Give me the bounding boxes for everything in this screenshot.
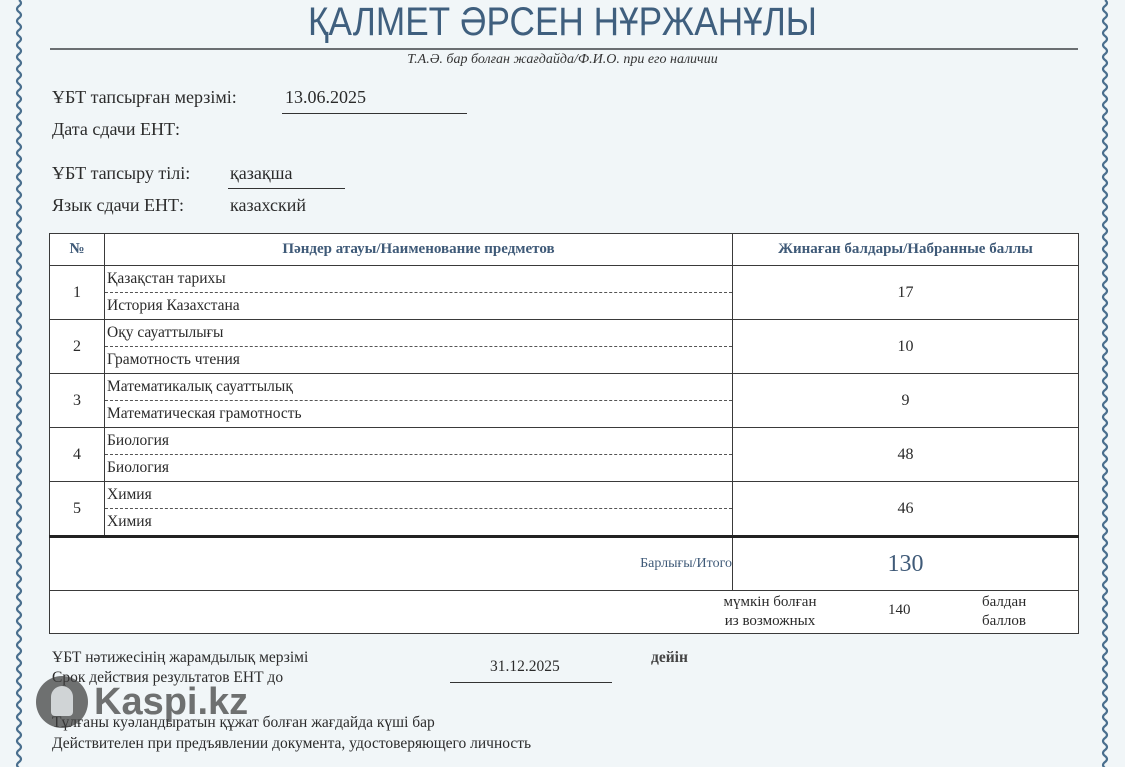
exam-language-underline bbox=[228, 188, 345, 189]
subject-name-kz: Оқу сауаттылығы bbox=[105, 320, 732, 347]
validity-suffix: дейін bbox=[651, 649, 688, 667]
row-score: 46 bbox=[733, 482, 1079, 537]
exam-language-value-kz: қазақша bbox=[230, 163, 292, 184]
subject-name-kz: Қазақстан тарихы bbox=[105, 266, 732, 293]
header-subject: Пәндер атауы/Наименование предметов bbox=[105, 234, 733, 266]
exam-language-label-ru: Язык сдачи ЕНТ: bbox=[52, 195, 184, 216]
subject-name-ru: Биология bbox=[105, 455, 732, 481]
row-subject: Химия Химия bbox=[105, 482, 733, 537]
header-number: № bbox=[50, 234, 105, 266]
row-number: 5 bbox=[50, 482, 105, 537]
subject-name-ru: История Казахстана bbox=[105, 293, 732, 319]
table-row: 3 Математикалық сауаттылық Математическа… bbox=[50, 374, 1079, 428]
exam-language-value-ru: казахский bbox=[230, 195, 306, 216]
row-score: 48 bbox=[733, 428, 1079, 482]
table-row: 1 Қазақстан тарихы История Казахстана 17 bbox=[50, 266, 1079, 320]
exam-date-label-ru: Дата сдачи ЕНТ: bbox=[52, 119, 180, 140]
row-number: 3 bbox=[50, 374, 105, 428]
exam-date-label-kz: ҰБТ тапсырған мерзімі: bbox=[52, 87, 237, 108]
row-subject: Оқу сауаттылығы Грамотность чтения bbox=[105, 320, 733, 374]
row-score: 9 bbox=[733, 374, 1079, 428]
row-number: 4 bbox=[50, 428, 105, 482]
decorative-border-left bbox=[14, 0, 24, 767]
validity-date: 31.12.2025 bbox=[490, 658, 560, 676]
exam-language-label-kz: ҰБТ тапсыру тілі: bbox=[52, 163, 190, 184]
subject-name-kz: Биология bbox=[105, 428, 732, 455]
decorative-border-right bbox=[1100, 0, 1110, 767]
subject-name-ru: Грамотность чтения bbox=[105, 347, 732, 373]
validity-label-kz: ҰБТ нәтижесінің жарамдылық мерзімі bbox=[52, 649, 308, 667]
subject-name-ru: Математическая грамотность bbox=[105, 401, 732, 427]
header-score: Жинаған балдары/Набранные баллы bbox=[733, 234, 1079, 266]
max-score-label: мүмкін болған из возможных bbox=[710, 593, 830, 631]
max-score-label-ru: из возможных bbox=[710, 612, 830, 631]
subject-name-kz: Математикалық сауаттылық bbox=[105, 374, 732, 401]
max-score-unit-kz: балдан bbox=[982, 593, 1026, 612]
row-number: 1 bbox=[50, 266, 105, 320]
total-label: Барлығы/Итого bbox=[50, 537, 733, 591]
title-divider bbox=[50, 48, 1078, 50]
row-subject: Биология Биология bbox=[105, 428, 733, 482]
name-caption: Т.А.Ә. бар болған жағдайда/Ф.И.О. при ег… bbox=[0, 52, 1125, 68]
max-score-row: мүмкін болған из возможных 140 балдан ба… bbox=[50, 591, 1079, 634]
row-number: 2 bbox=[50, 320, 105, 374]
id-note-ru: Действителен при предъявлении документа,… bbox=[52, 735, 531, 753]
kaspi-logo-icon bbox=[36, 676, 88, 728]
max-score-label-kz: мүмкін болған bbox=[710, 593, 830, 612]
table-header-row: № Пәндер атауы/Наименование предметов Жи… bbox=[50, 234, 1079, 266]
row-subject: Қазақстан тарихы История Казахстана bbox=[105, 266, 733, 320]
validity-underline bbox=[450, 682, 612, 683]
full-name-title: ҚАЛМЕТ ӘРСЕН НҰРЖАНҰЛЫ bbox=[68, 0, 1058, 44]
table-row: 4 Биология Биология 48 bbox=[50, 428, 1079, 482]
max-score-unit: балдан баллов bbox=[982, 593, 1026, 631]
exam-date-underline bbox=[282, 113, 467, 114]
row-subject: Математикалық сауаттылық Математическая … bbox=[105, 374, 733, 428]
total-row: Барлығы/Итого 130 bbox=[50, 537, 1079, 591]
max-score-value: 140 bbox=[888, 602, 911, 619]
table-row: 2 Оқу сауаттылығы Грамотность чтения 10 bbox=[50, 320, 1079, 374]
subject-name-kz: Химия bbox=[105, 482, 732, 509]
watermark-text: Kaspi.kz bbox=[94, 681, 248, 724]
row-score: 17 bbox=[733, 266, 1079, 320]
subject-name-ru: Химия bbox=[105, 509, 732, 535]
results-table: № Пәндер атауы/Наименование предметов Жи… bbox=[49, 233, 1079, 634]
max-score-unit-ru: баллов bbox=[982, 612, 1026, 631]
kaspi-watermark: Kaspi.kz bbox=[36, 676, 248, 728]
table-row: 5 Химия Химия 46 bbox=[50, 482, 1079, 537]
row-score: 10 bbox=[733, 320, 1079, 374]
exam-date-value: 13.06.2025 bbox=[285, 87, 366, 108]
total-value: 130 bbox=[733, 537, 1079, 591]
